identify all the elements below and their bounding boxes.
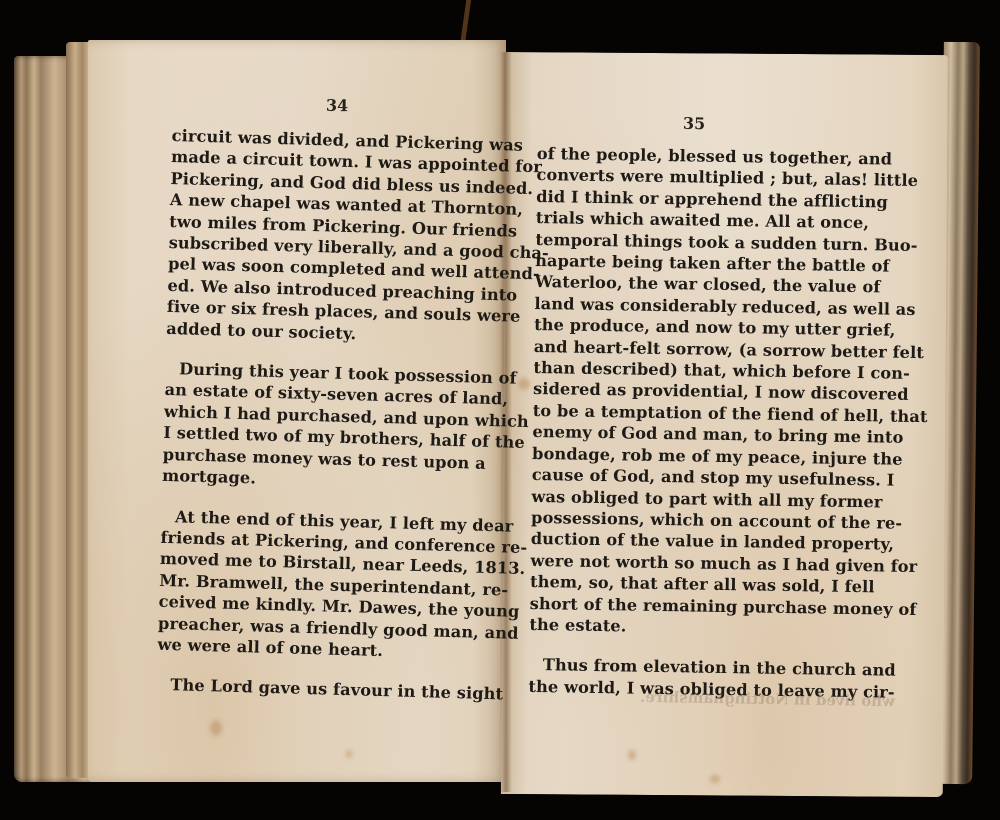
- paper-stain: [628, 750, 636, 760]
- paper-stain: [346, 750, 352, 758]
- book-photo: 34 35 circuit was divided, and Pickering…: [0, 0, 1000, 820]
- paragraph: At the end of this year, I left my dear …: [157, 505, 479, 664]
- left-page-text: circuit was divided, and Pickering was m…: [156, 125, 490, 723]
- right-page-text: of the people, blessed us together, and …: [528, 143, 867, 721]
- paper-stain: [518, 378, 530, 390]
- paper-stain: [710, 775, 720, 783]
- paragraph: During this year I took possession of an…: [162, 358, 483, 495]
- paragraph: circuit was divided, and Pickering was m…: [166, 125, 490, 348]
- page-number-right: 35: [683, 114, 706, 133]
- page-number-left: 34: [326, 96, 349, 115]
- paper-stain: [210, 720, 222, 736]
- text-line: The Lord gave us favour in the sight: [156, 674, 474, 704]
- paragraph: of the people, blessed us together, and …: [529, 143, 867, 640]
- paragraph: The Lord gave us favour in the sight: [156, 674, 474, 704]
